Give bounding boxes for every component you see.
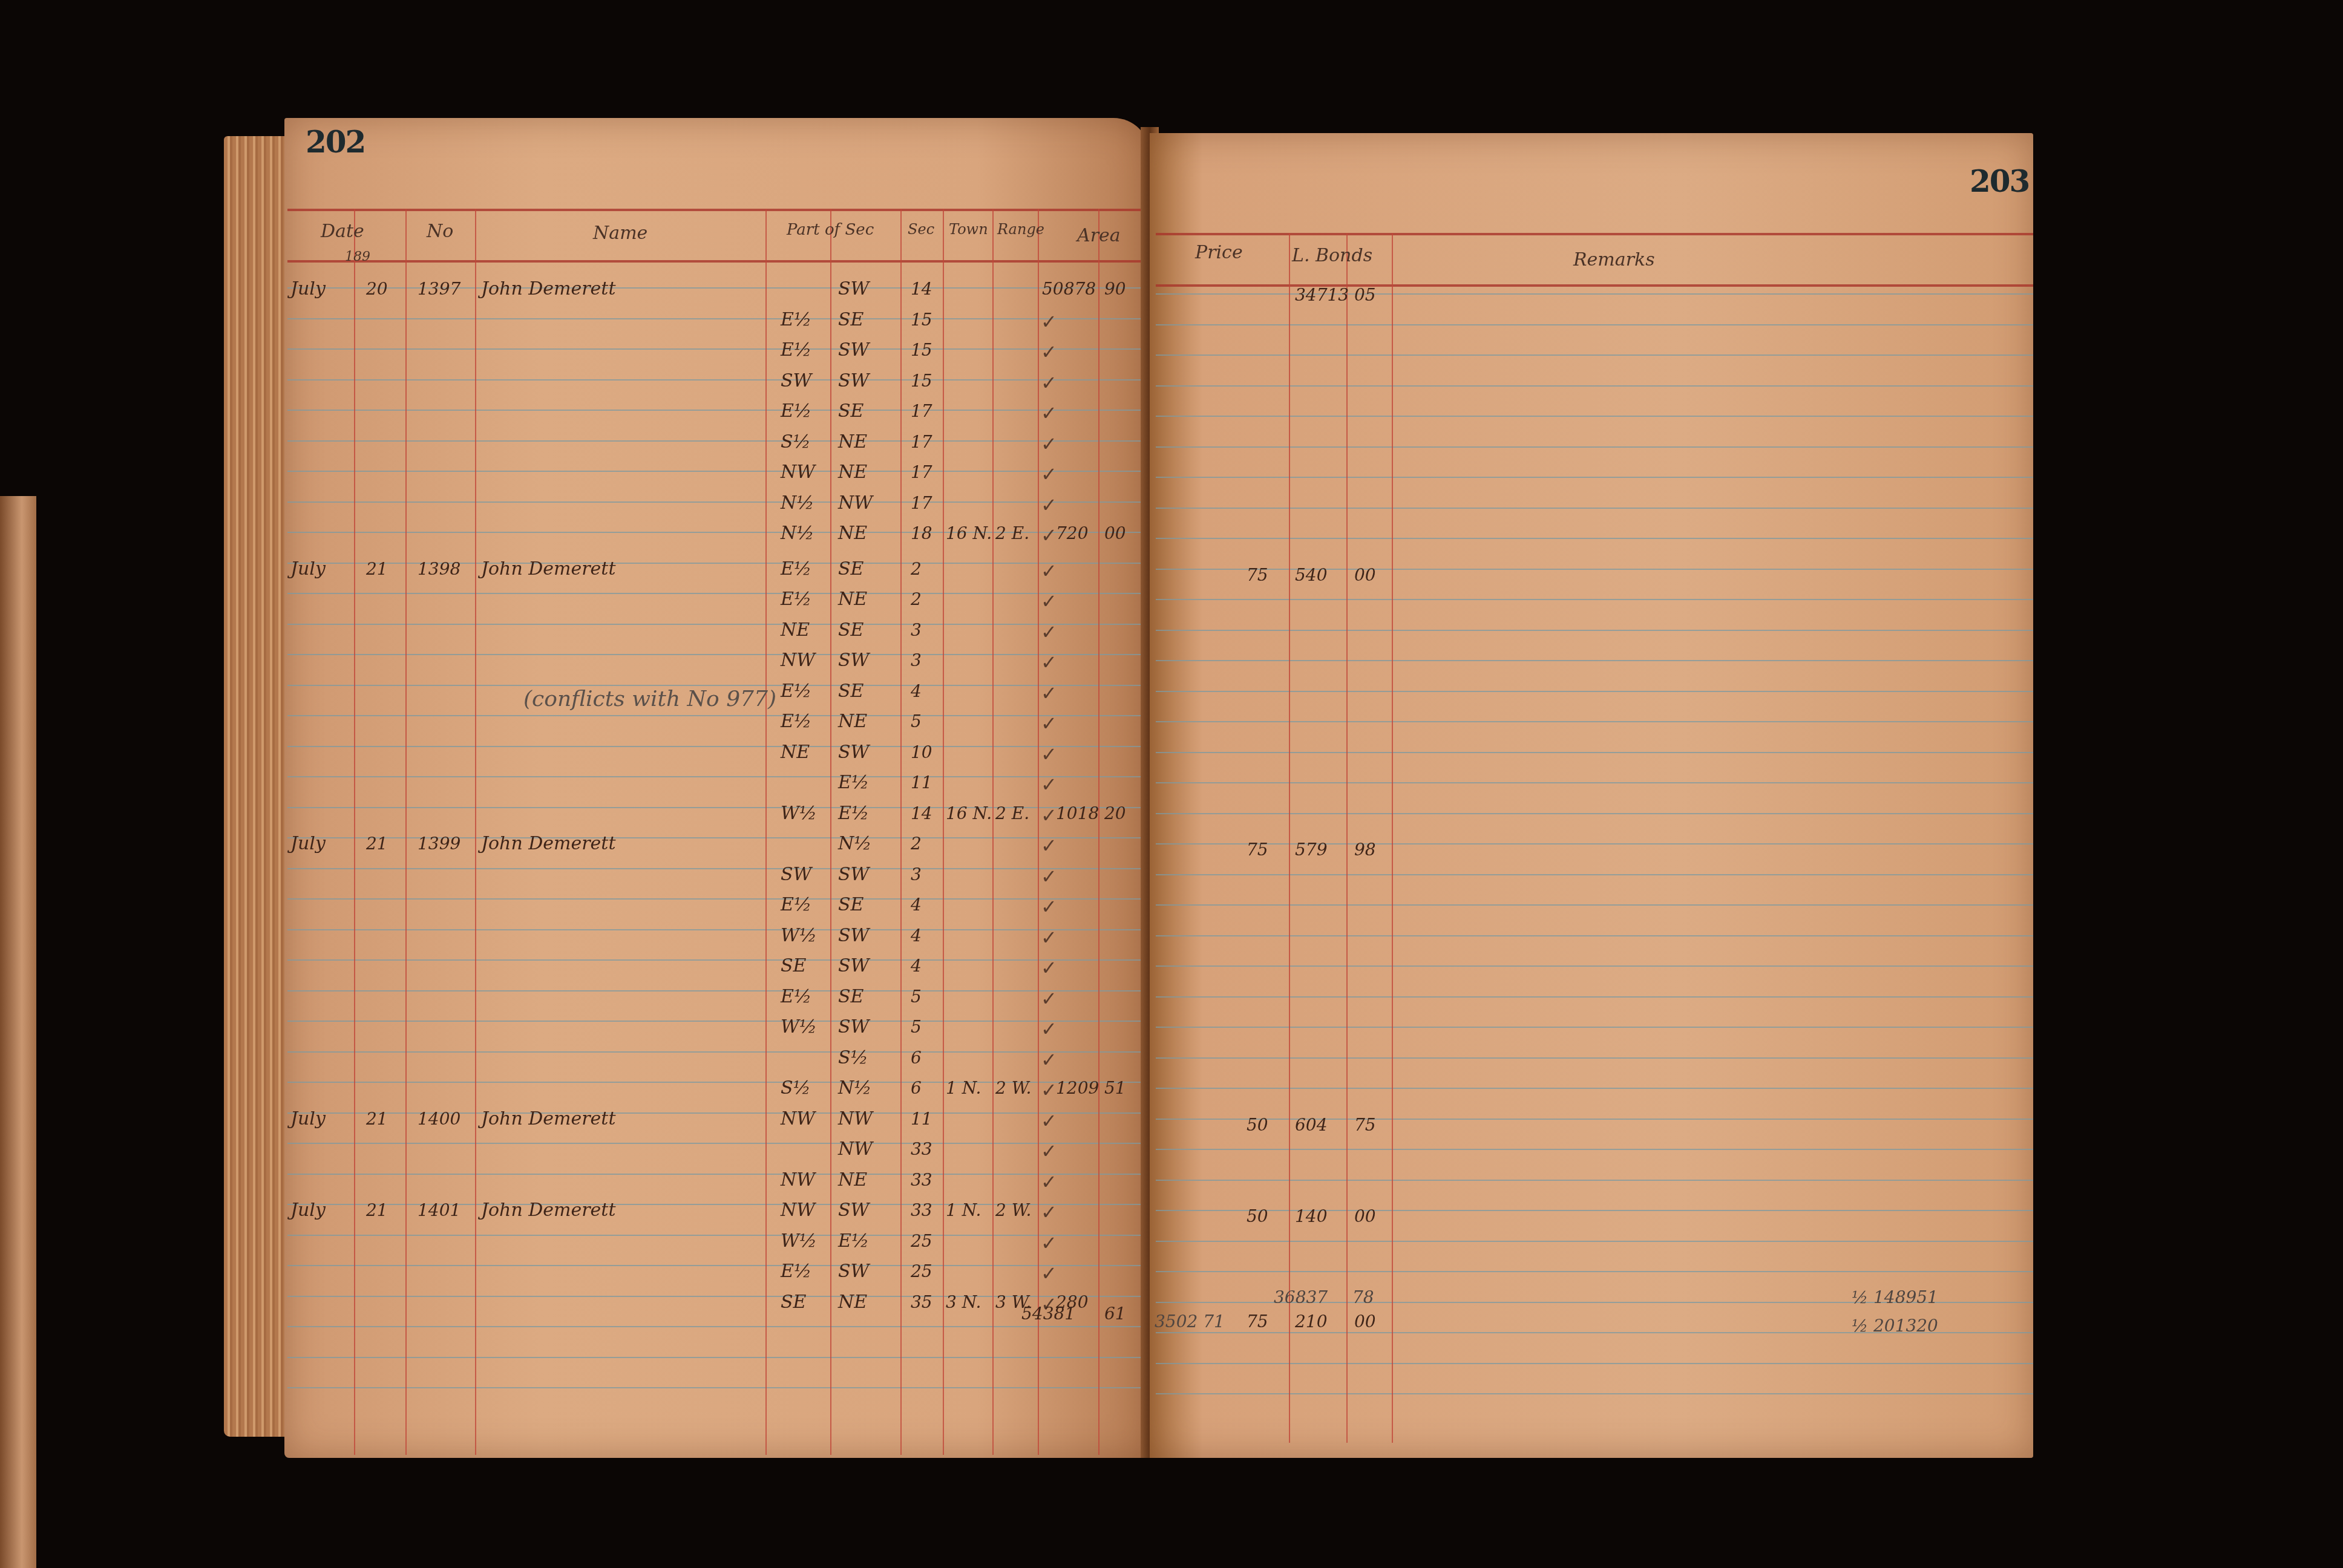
page-number-left: 202 [306, 124, 365, 160]
row-price: 75 [1247, 838, 1268, 862]
column-rule-right [1346, 233, 1348, 1443]
ruled-line-right [1156, 538, 2033, 539]
header-remarks: Remarks [1573, 249, 1655, 270]
ruled-line-right [1156, 843, 2033, 844]
row-price: 50 [1247, 1204, 1268, 1229]
lot-section: 2 [911, 587, 922, 612]
lot-township: 1 N. [946, 1198, 981, 1223]
ruled-line-left [287, 746, 1141, 747]
header-part-of-sec: Part of Sec [787, 221, 874, 239]
column-rule-left [1038, 209, 1039, 1455]
lot-section: 11 [911, 771, 932, 795]
ruled-line-left [287, 1112, 1141, 1114]
verified-check-icon: ✓ [1041, 341, 1057, 364]
ruled-line-right [1156, 904, 2033, 906]
lot-section: 3 [911, 863, 922, 887]
ruled-line-right [1156, 1057, 2033, 1059]
ruled-line-left [287, 348, 1141, 350]
row-land-bonds-cents: 00 [1354, 1204, 1376, 1229]
lot-quarter: NW [838, 1107, 873, 1131]
lot-section: 11 [911, 1107, 932, 1131]
ruled-line-right [1156, 935, 2033, 936]
ruled-line-left [287, 1387, 1141, 1388]
lot-quarter: SW [838, 338, 869, 362]
remarks-note-2: ½ 201320 [1852, 1314, 1938, 1338]
entry-area-cents: 90 [1104, 277, 1126, 301]
lot-section: 3 [911, 618, 922, 642]
ruled-line-right [1156, 996, 2033, 998]
lot-quarter: N½ [838, 1076, 871, 1100]
lot-part-of-section: W½ [781, 1015, 817, 1039]
ruled-line-right [1156, 813, 2033, 814]
row-price: 50 [1247, 1113, 1268, 1137]
lot-quarter: SW [838, 954, 869, 978]
lot-part-of-section: SW [781, 369, 811, 393]
ruled-line-right [1156, 1271, 2033, 1272]
lot-part-of-section: E½ [781, 1259, 811, 1284]
lot-quarter: E½ [838, 1229, 869, 1253]
row-land-bonds-cents: 00 [1354, 563, 1376, 587]
lot-part-of-section: E½ [781, 710, 811, 734]
lot-section: 3 [911, 648, 922, 673]
lot-quarter: SW [838, 863, 869, 887]
ruled-line-left [287, 1021, 1141, 1022]
lot-part-of-section: SW [781, 863, 811, 887]
lot-quarter: SW [838, 648, 869, 673]
ruled-line-right [1156, 691, 2033, 692]
ledger-page-stack [224, 136, 290, 1437]
lot-quarter: N½ [838, 832, 871, 856]
entry-name: John Demerett [481, 277, 615, 301]
ruled-line-right [1156, 1241, 2033, 1242]
lot-quarter: SE [838, 679, 863, 704]
lot-part-of-section: S½ [781, 1076, 811, 1100]
lot-section: 6 [911, 1046, 922, 1070]
row-land-bonds-cents: 75 [1354, 1113, 1376, 1137]
column-rule-left [943, 209, 944, 1455]
row-land-bonds: 210 [1295, 1310, 1327, 1334]
lot-quarter: SW [838, 1198, 869, 1223]
lot-quarter: NE [838, 521, 867, 546]
verified-check-icon: ✓ [1041, 1232, 1057, 1255]
lot-part-of-section: NE [781, 740, 810, 765]
ruled-line-right [1156, 416, 2033, 417]
lot-quarter: NE [838, 1168, 867, 1192]
lot-township: 3 N. [946, 1290, 981, 1315]
entry-number: 1398 [418, 557, 460, 581]
ruled-line-right [1156, 569, 2033, 570]
lot-quarter: NE [838, 460, 867, 485]
column-rule-left [830, 209, 831, 1455]
verified-check-icon: ✓ [1041, 1171, 1057, 1194]
verified-check-icon: ✓ [1041, 494, 1057, 517]
lot-area-cents: 00 [1104, 521, 1126, 546]
entry-number: 1397 [418, 277, 460, 301]
verified-check-icon: ✓ [1041, 743, 1057, 766]
lot-section: 4 [911, 679, 922, 704]
entry-month: July [290, 557, 326, 581]
verified-check-icon: ✓ [1041, 1048, 1057, 1071]
ruled-line-right [1156, 508, 2033, 509]
ruled-line-right [1156, 477, 2033, 478]
entry-number: 1401 [418, 1198, 460, 1223]
lot-part-of-section: NW [781, 1107, 815, 1131]
entry-name: John Demerett [481, 1107, 615, 1131]
lot-area: 720 [1056, 521, 1088, 546]
entry-month: July [290, 832, 326, 856]
header-rule-top-right [1156, 233, 2033, 235]
header-sec: Sec [908, 221, 934, 238]
ruled-line-right [1156, 660, 2033, 661]
lot-section: 15 [911, 338, 932, 362]
entry-day: 21 [366, 557, 388, 581]
entry-name: John Demerett [481, 1198, 615, 1223]
entry-number: 1400 [418, 1107, 460, 1131]
verified-check-icon: ✓ [1041, 1140, 1057, 1163]
ruled-line-right [1156, 324, 2033, 325]
row-price: 75 [1247, 1310, 1268, 1334]
entry-month: July [290, 1198, 326, 1223]
lot-part-of-section: NW [781, 1198, 815, 1223]
row-land-bonds-cents: 05 [1354, 283, 1376, 307]
lot-part-of-section: N½ [781, 521, 814, 546]
lot-section: 6 [911, 1076, 922, 1100]
lot-quarter: NE [838, 430, 867, 454]
lot-range: 2 E. [995, 521, 1029, 546]
lot-section: 4 [911, 924, 922, 948]
lot-section: 33 [911, 1198, 932, 1223]
lot-area: 1018 [1056, 802, 1099, 826]
ruled-line-right [1156, 1027, 2033, 1028]
ruled-line-right [1156, 1363, 2033, 1364]
lot-area-cents: 51 [1104, 1076, 1126, 1100]
verified-check-icon: ✓ [1041, 524, 1057, 547]
ruled-line-right [1156, 630, 2033, 631]
verified-check-icon: ✓ [1041, 865, 1057, 888]
lot-part-of-section: E½ [781, 338, 811, 362]
ruled-line-left [287, 898, 1141, 900]
lot-township: 16 N. [946, 521, 992, 546]
ruled-line-left [287, 318, 1141, 319]
ruled-line-left [287, 837, 1141, 838]
lot-quarter: NE [838, 710, 867, 734]
lot-part-of-section: SE [781, 954, 806, 978]
page-number-right: 203 [1970, 163, 2029, 199]
ruled-line-left [287, 1326, 1141, 1327]
verified-check-icon: ✓ [1041, 560, 1057, 583]
column-rule-left [900, 209, 902, 1455]
ruled-line-right [1156, 1180, 2033, 1181]
lot-part-of-section: S½ [781, 430, 811, 454]
ruled-line-right [1156, 874, 2033, 875]
entry-area: 50878 [1042, 277, 1096, 301]
total-bonds: 36837 [1274, 1285, 1328, 1310]
row-land-bonds-cents: 00 [1354, 1310, 1376, 1334]
column-rule-left [992, 209, 994, 1455]
lot-quarter: NW [838, 1137, 873, 1161]
lot-section: 15 [911, 369, 932, 393]
entry-name: John Demerett [481, 557, 615, 581]
entry-day: 20 [366, 277, 388, 301]
lot-part-of-section: W½ [781, 802, 817, 826]
verified-check-icon: ✓ [1041, 1018, 1057, 1040]
lot-section: 5 [911, 710, 922, 734]
row-margin-figure: 3502 71 [1155, 1310, 1225, 1334]
lot-section: 10 [911, 740, 932, 765]
verified-check-icon: ✓ [1041, 804, 1057, 827]
column-rule-right [1392, 233, 1393, 1443]
lot-area: 1209 [1056, 1076, 1099, 1100]
lot-quarter: SE [838, 399, 863, 423]
ruled-line-left [287, 1265, 1141, 1266]
header-range: Range [997, 221, 1044, 238]
lot-part-of-section: SE [781, 1290, 806, 1315]
entry-month: July [290, 1107, 326, 1131]
ruled-line-right [1156, 965, 2033, 967]
column-rule-right [1289, 233, 1290, 1443]
lot-area-cents: 20 [1104, 802, 1126, 826]
verified-check-icon: ✓ [1041, 402, 1057, 425]
verified-check-icon: ✓ [1041, 621, 1057, 644]
row-price: 75 [1247, 563, 1268, 587]
ruled-line-left [287, 685, 1141, 686]
ruled-line-left [287, 1357, 1141, 1358]
ruled-line-left [287, 440, 1141, 442]
lot-quarter: SE [838, 618, 863, 642]
ruled-line-left [287, 410, 1141, 411]
lot-section: 15 [911, 308, 932, 332]
row-land-bonds: 579 [1295, 838, 1327, 862]
total-bonds-cents: 78 [1352, 1285, 1374, 1310]
lot-part-of-section: W½ [781, 1229, 817, 1253]
verified-check-icon: ✓ [1041, 834, 1057, 857]
ruled-line-right [1156, 354, 2033, 356]
lot-quarter: E½ [838, 771, 869, 795]
ruled-line-right [1156, 752, 2033, 753]
lot-section: 14 [911, 277, 932, 301]
lot-section: 35 [911, 1290, 932, 1315]
verified-check-icon: ✓ [1041, 926, 1057, 949]
lot-section: 2 [911, 832, 922, 856]
lot-quarter: SW [838, 1259, 869, 1284]
ruled-line-left [287, 959, 1141, 961]
header-rule-bottom-right [1156, 284, 2033, 287]
lot-section: 17 [911, 430, 932, 454]
lot-section: 33 [911, 1168, 932, 1192]
remarks-note-1: ½ 148951 [1852, 1285, 1938, 1310]
lot-part-of-section: N½ [781, 491, 814, 515]
lot-section: 2 [911, 557, 922, 581]
header-date: Date [321, 221, 364, 242]
total-area-cents: 61 [1104, 1302, 1126, 1326]
header-name: Name [593, 223, 647, 244]
column-rule-left [354, 209, 355, 1455]
entry-day: 21 [366, 1198, 388, 1223]
lot-township: 16 N. [946, 802, 992, 826]
verified-check-icon: ✓ [1041, 1109, 1057, 1132]
lot-quarter: SW [838, 369, 869, 393]
ruled-line-left [287, 624, 1141, 625]
verified-check-icon: ✓ [1041, 987, 1057, 1010]
ruled-line-right [1156, 1393, 2033, 1394]
lot-part-of-section: E½ [781, 399, 811, 423]
lot-quarter: E½ [838, 802, 869, 826]
row-land-bonds-cents: 98 [1354, 838, 1376, 862]
lot-quarter: SE [838, 985, 863, 1009]
ruled-line-right [1156, 1149, 2033, 1150]
lot-part-of-section: NW [781, 1168, 815, 1192]
lot-range: 2 W. [995, 1076, 1032, 1100]
ruled-line-right [1156, 782, 2033, 783]
lot-quarter: NE [838, 1290, 867, 1315]
lot-part-of-section: E½ [781, 587, 811, 612]
verified-check-icon: ✓ [1041, 895, 1057, 918]
ruled-line-right [1156, 599, 2033, 600]
verified-check-icon: ✓ [1041, 463, 1057, 486]
total-area: 54381 [1021, 1302, 1075, 1326]
lot-quarter: NE [838, 587, 867, 612]
lot-part-of-section: E½ [781, 308, 811, 332]
lot-quarter: SW [838, 277, 869, 301]
verified-check-icon: ✓ [1041, 590, 1057, 613]
lot-section: 4 [911, 954, 922, 978]
lot-section: 4 [911, 893, 922, 917]
header-area: Area [1077, 225, 1121, 246]
ledger-page-203 [1150, 133, 2033, 1458]
lot-section: 33 [911, 1137, 932, 1161]
lot-section: 17 [911, 491, 932, 515]
ruled-line-left [287, 1051, 1141, 1053]
lot-township: 1 N. [946, 1076, 981, 1100]
column-rule-left [1098, 209, 1099, 1455]
ruled-line-left [287, 868, 1141, 869]
row-land-bonds: 140 [1295, 1204, 1327, 1229]
lot-part-of-section: NW [781, 648, 815, 673]
ruled-line-left [287, 654, 1141, 655]
lot-quarter: SE [838, 893, 863, 917]
lot-quarter: SE [838, 308, 863, 332]
row-land-bonds: 604 [1295, 1113, 1327, 1137]
ruled-line-right [1156, 385, 2033, 387]
ruled-line-right [1156, 1119, 2033, 1120]
header-town: Town [949, 221, 988, 238]
lot-quarter: S½ [838, 1046, 868, 1070]
ruled-line-left [287, 501, 1141, 503]
header-l-bonds: L. Bonds [1292, 245, 1372, 266]
lot-quarter: SW [838, 924, 869, 948]
entry-day: 21 [366, 1107, 388, 1131]
verified-check-icon: ✓ [1041, 310, 1057, 333]
ruled-line-left [287, 1143, 1141, 1144]
header-rule-bottom-left [287, 260, 1141, 263]
verified-check-icon: ✓ [1041, 1079, 1057, 1102]
entry-day: 21 [366, 832, 388, 856]
lot-section: 14 [911, 802, 932, 826]
lot-section: 17 [911, 399, 932, 423]
verified-check-icon: ✓ [1041, 1262, 1057, 1285]
entry-number: 1399 [418, 832, 460, 856]
ruled-line-right [1156, 1088, 2033, 1089]
verified-check-icon: ✓ [1041, 651, 1057, 674]
ruled-line-left [287, 471, 1141, 472]
ruled-line-left [287, 379, 1141, 381]
verified-check-icon: ✓ [1041, 956, 1057, 979]
lot-part-of-section: E½ [781, 679, 811, 704]
lot-section: 25 [911, 1259, 932, 1284]
lot-range: 2 E. [995, 802, 1029, 826]
ruled-line-left [287, 776, 1141, 777]
column-rule-left [475, 209, 476, 1455]
lot-section: 5 [911, 985, 922, 1009]
lot-part-of-section: E½ [781, 985, 811, 1009]
lot-quarter: SW [838, 1015, 869, 1039]
lot-section: 5 [911, 1015, 922, 1039]
header-rule-top-left [287, 209, 1141, 211]
lot-section: 25 [911, 1229, 932, 1253]
adjacent-book-page-edge [0, 496, 36, 1568]
lot-quarter: SE [838, 557, 863, 581]
entry-month: July [290, 277, 326, 301]
header-no: No [427, 221, 453, 242]
verified-check-icon: ✓ [1041, 773, 1057, 796]
lot-part-of-section: NW [781, 460, 815, 485]
verified-check-icon: ✓ [1041, 433, 1057, 456]
verified-check-icon: ✓ [1041, 1201, 1057, 1224]
ruled-line-left [287, 593, 1141, 594]
lot-section: 17 [911, 460, 932, 485]
lot-part-of-section: NE [781, 618, 810, 642]
ruled-line-left [287, 563, 1141, 564]
ruled-line-left [287, 287, 1141, 289]
ruled-line-left [287, 929, 1141, 930]
row-land-bonds: 540 [1295, 563, 1327, 587]
header-price: Price [1195, 242, 1243, 263]
conflict-note: (conflicts with No 977) [523, 687, 776, 711]
ruled-line-left [287, 1174, 1141, 1175]
ruled-line-left [287, 1235, 1141, 1236]
lot-part-of-section: E½ [781, 893, 811, 917]
row-land-bonds: 34713 [1295, 283, 1349, 307]
ruled-line-left [287, 990, 1141, 991]
lot-part-of-section: W½ [781, 924, 817, 948]
verified-check-icon: ✓ [1041, 712, 1057, 735]
column-rule-left [405, 209, 407, 1455]
ruled-line-right [1156, 446, 2033, 448]
lot-part-of-section: E½ [781, 557, 811, 581]
ruled-line-right [1156, 293, 2033, 295]
ruled-line-right [1156, 1210, 2033, 1211]
header-year: 189 [345, 249, 370, 264]
lot-quarter: SW [838, 740, 869, 765]
column-rule-left [765, 209, 767, 1455]
verified-check-icon: ✓ [1041, 682, 1057, 705]
verified-check-icon: ✓ [1041, 371, 1057, 394]
lot-range: 2 W. [995, 1198, 1032, 1223]
ruled-line-left [287, 715, 1141, 716]
lot-section: 18 [911, 521, 932, 546]
lot-quarter: NW [838, 491, 873, 515]
entry-name: John Demerett [481, 832, 615, 856]
ruled-line-right [1156, 721, 2033, 722]
